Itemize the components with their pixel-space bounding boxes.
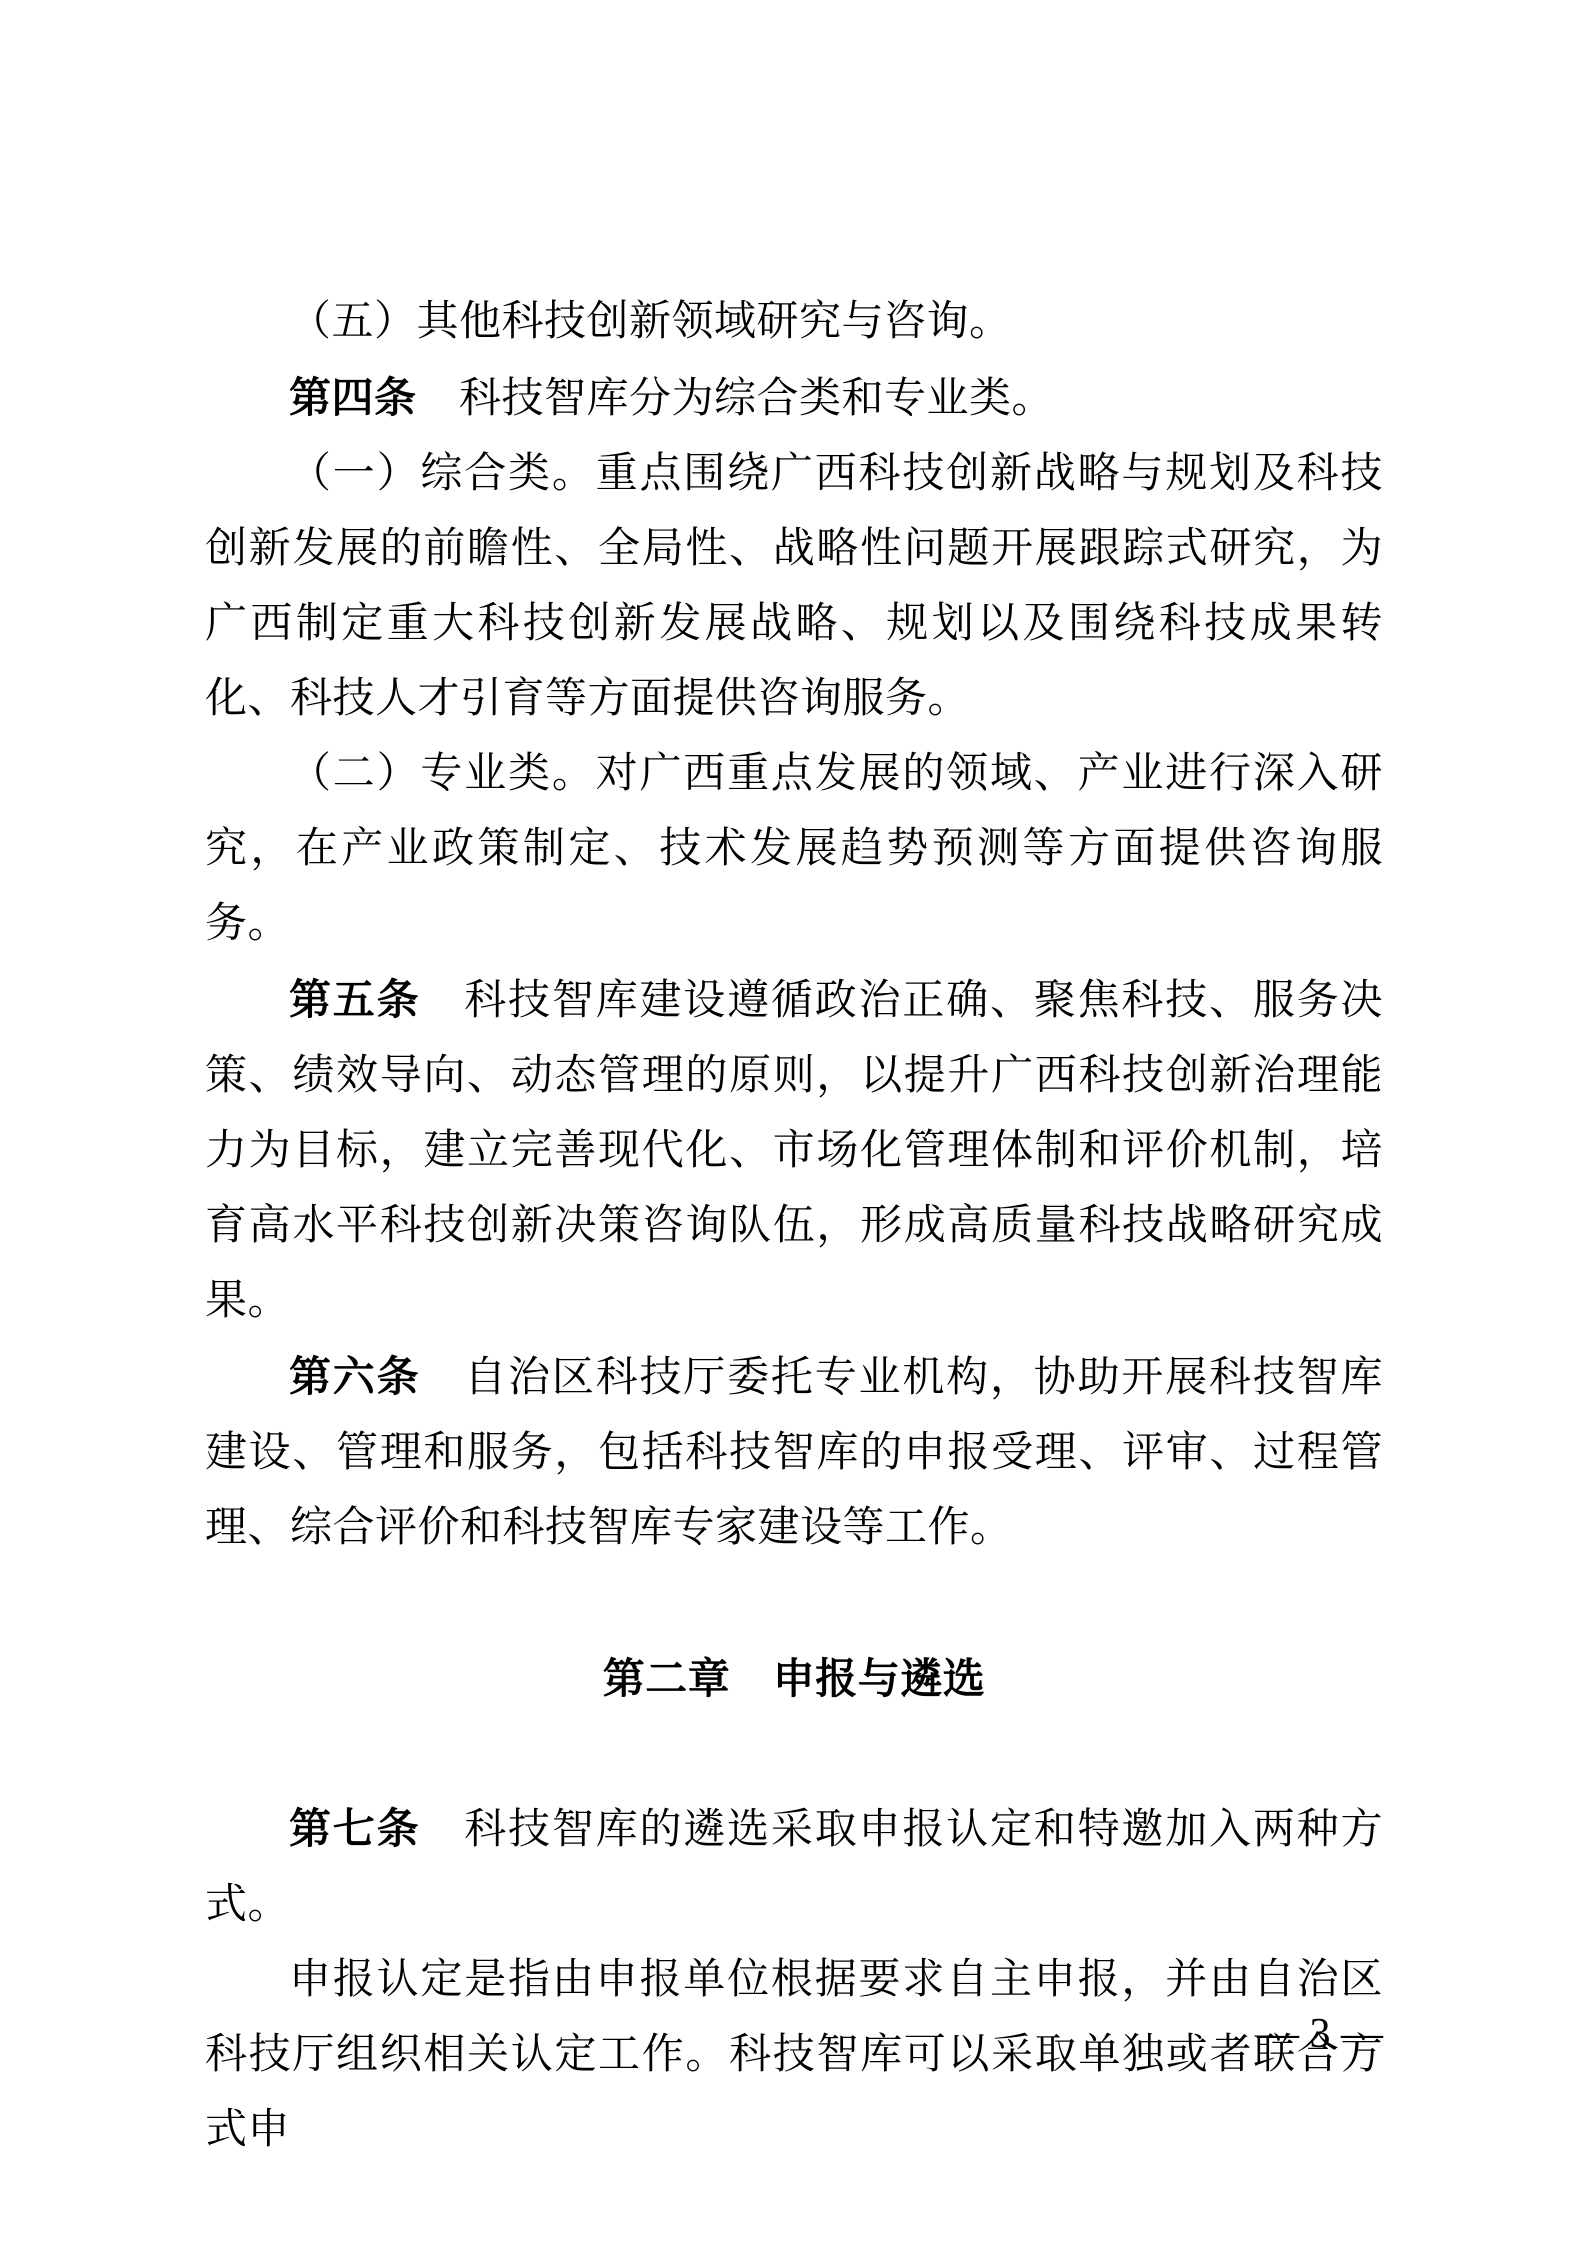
article-number: 第六条 — [289, 1353, 420, 1400]
page-number: — 3 — — [1257, 2006, 1383, 2062]
article-number: 第二章 申报与遴选 — [603, 1655, 986, 1702]
text-run: （五）其他科技创新领域研究与咨询。 — [289, 299, 1012, 345]
paragraph: 第五条 科技智库建设遵循政治正确、聚焦科技、服务决策、绩效导向、动态管理的原则，… — [205, 962, 1383, 1339]
document-page: （五）其他科技创新领域研究与咨询。第四条 科技智库分为综合类和专业类。（一）综合… — [0, 0, 1587, 2245]
document-body: （五）其他科技创新领域研究与咨询。第四条 科技智库分为综合类和专业类。（一）综合… — [205, 285, 1383, 2168]
paragraph: 第七条 科技智库的遴选采取申报认定和特邀加入两种方式。 — [205, 1791, 1383, 1943]
text-run: （二）专业类。对广西重点发展的领域、产业进行深入研究，在产业政策制定、技术发展趋… — [205, 751, 1383, 947]
text-run: 申报认定是指由申报单位根据要求自主申报，并由自治区科技厅组织相关认定工作。科技智… — [205, 1957, 1383, 2153]
paragraph: （五）其他科技创新领域研究与咨询。 — [205, 285, 1383, 360]
chapter-heading: 第二章 申报与遴选 — [205, 1641, 1383, 1716]
text-run: （一）综合类。重点围绕广西科技创新战略与规划及科技创新发展的前瞻性、全局性、战略… — [205, 451, 1383, 722]
text-run: 科技智库分为综合类和专业类。 — [417, 376, 1055, 422]
paragraph: （二）专业类。对广西重点发展的领域、产业进行深入研究，在产业政策制定、技术发展趋… — [205, 737, 1383, 962]
paragraph: 第六条 自治区科技厅委托专业机构，协助开展科技智库建设、管理和服务，包括科技智库… — [205, 1339, 1383, 1566]
article-number: 第四条 — [289, 374, 417, 421]
article-number: 第五条 — [289, 976, 420, 1023]
text-run: 科技智库建设遵循政治正确、聚焦科技、服务决策、绩效导向、动态管理的原则，以提升广… — [205, 978, 1383, 1324]
paragraph: （一）综合类。重点围绕广西科技创新战略与规划及科技创新发展的前瞻性、全局性、战略… — [205, 437, 1383, 737]
paragraph: 第四条 科技智库分为综合类和专业类。 — [205, 360, 1383, 437]
paragraph: 申报认定是指由申报单位根据要求自主申报，并由自治区科技厅组织相关认定工作。科技智… — [205, 1943, 1383, 2168]
article-number: 第七条 — [289, 1805, 420, 1852]
